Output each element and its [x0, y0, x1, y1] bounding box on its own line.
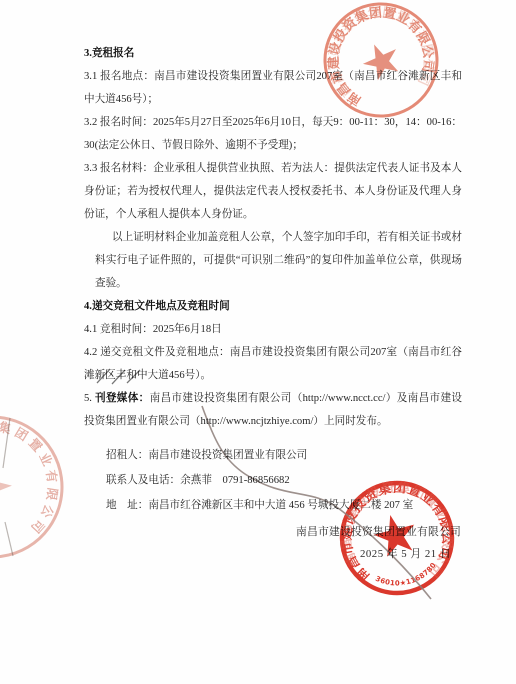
- section5-number: 5.: [84, 393, 95, 404]
- section3-item-2: 3.2 报名时间：2025年5月27日至2025年6月10日，每天9：00-11…: [84, 111, 462, 157]
- document-body: 3.竞租报名 3.1 报名地点：南昌市建设投资集团置业有限公司207室（南昌市红…: [84, 42, 462, 518]
- section4-heading: 4.递交竞租文件地点及竞租时间: [84, 295, 462, 318]
- section4-item-1: 4.1 竞租时间：2025年6月18日: [84, 318, 462, 341]
- section3-note: 以上证明材料企业加盖竞租人公章，个人签字加印手印，若有相关证书或材料实行电子证件…: [84, 226, 462, 295]
- left-edge-seal-ring: [0, 402, 77, 572]
- official-seal-code: 36010★1168780: [373, 560, 441, 594]
- contact-phone-line: 联系人及电话：余燕菲 0791-86856682: [106, 468, 462, 493]
- signature-block: 南昌市建设投资集团置业有限公司 2025 年 5 月 21 日: [296, 521, 462, 565]
- section4-item-2: 4.2 递交竞租文件及竞租地点：南昌市建设投资集团有限公司207室（南昌市红谷滩…: [84, 341, 462, 387]
- contact-block: 招租人：南昌市建设投资集团置业有限公司 联系人及电话：余燕菲 0791-8685…: [84, 443, 462, 518]
- address-line: 地 址：南昌市红谷滩新区丰和中大道 456 号城投大厦二楼 207 室: [106, 493, 462, 518]
- section5-label-struck: 刊登媒体：: [95, 393, 150, 404]
- section3-item-1: 3.1 报名地点：南昌市建设投资集团置业有限公司207室（南昌市红谷滩新区丰和中…: [84, 65, 462, 111]
- scan-artifacts: [3, 418, 13, 556]
- left-edge-seal: 南昌市建设投资集团置业有限公司: [0, 402, 77, 572]
- left-edge-seal-arc-text: 南昌市建设投资集团置业有限公司: [0, 404, 74, 541]
- left-edge-seal-star-icon: [0, 463, 15, 507]
- section3-heading: 3.竞租报名: [84, 42, 462, 65]
- section3-item-3: 3.3 报名材料：企业承租人提供营业执照、若为法人：提供法定代表人证书及本人身份…: [84, 157, 462, 226]
- signature-date: 2025 年 5 月 21 日: [360, 543, 462, 565]
- lessor-line: 招租人：南昌市建设投资集团置业有限公司: [106, 443, 462, 468]
- section5-paragraph: 5. 刊登媒体：南昌市建设投资集团有限公司（http://www.ncct.cc…: [84, 387, 462, 433]
- signature-company: 南昌市建设投资集团置业有限公司: [296, 521, 462, 543]
- scanned-document-page: 3.竞租报名 3.1 报名地点：南昌市建设投资集团置业有限公司207室（南昌市红…: [0, 0, 516, 684]
